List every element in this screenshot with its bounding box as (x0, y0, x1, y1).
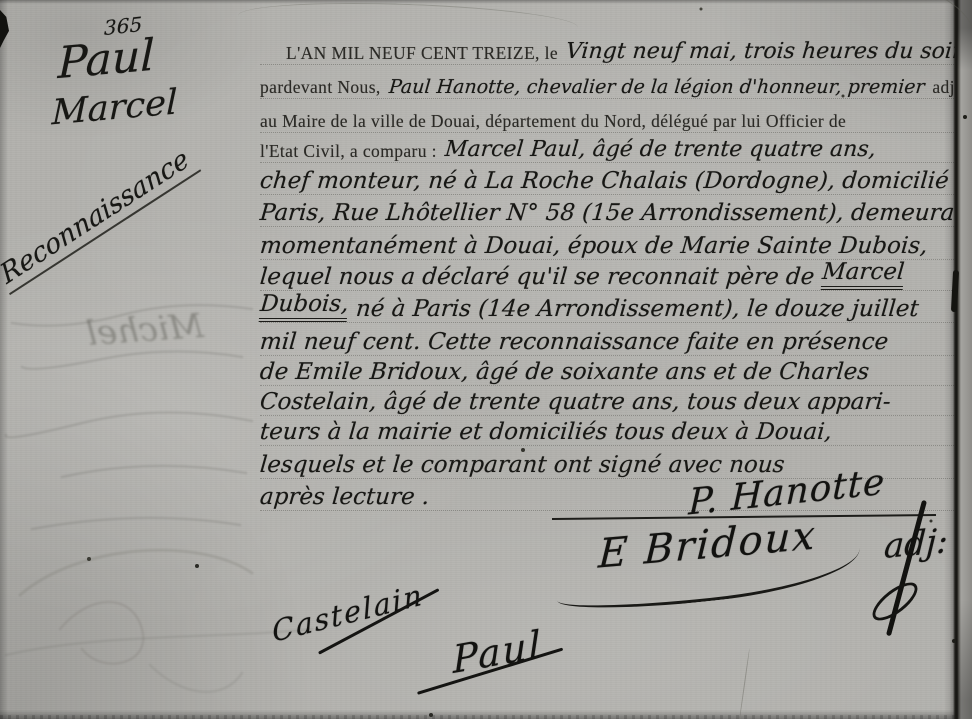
act-line: teurs à la mairie et domiciliés tous deu… (260, 413, 962, 446)
paraph-loop (867, 576, 924, 627)
margin-firstname: Marcel (51, 83, 177, 134)
paper-specks (0, 0, 2, 2)
bleedthrough-word: Michel (85, 306, 205, 354)
handwritten-text-segment: né à Paris (14e Arrondissement), le douz… (355, 296, 920, 322)
act-line: de Emile Bridoux, âgé de soixante ans et… (260, 353, 962, 386)
paper-scratch (739, 648, 750, 719)
act-line: Costelain, âgé de trente quatre ans, tou… (260, 383, 962, 416)
handwritten-text-segment: Paris, Rue Lhôtellier N° 58 (15e Arrondi… (259, 200, 972, 226)
handwritten-text-segment: mil neuf cent. Cette reconnaissance fait… (259, 329, 889, 355)
handwritten-text-segment: Vingt neuf mai, trois heures du soir (565, 39, 964, 64)
handwritten-text-segment: teurs à la mairie et domiciliés tous deu… (259, 419, 833, 445)
handwritten-text-segment: chef monteur, né à La Roche Chalais (Dor… (259, 168, 971, 194)
printed-text-segment: au Maire de la ville de Douai, départeme… (260, 111, 846, 132)
handwritten-underlined-name: Marcel (821, 259, 906, 290)
signature-declarant: Paul (452, 622, 543, 682)
printed-text-segment: pardevant Nous, (260, 77, 381, 98)
margin-act-type: Reconnaissance (0, 140, 201, 295)
act-line: pardevant Nous, Paul Hanotte, chevalier … (260, 66, 962, 99)
act-line: Dubois, né à Paris (14e Arrondissement),… (260, 290, 962, 323)
civil-register-scan: Michel 365 Paul Marcel Reconnaissance L'… (0, 0, 972, 719)
act-line: momentanément à Douai, époux de Marie Sa… (260, 227, 962, 260)
page-top-edge-shadow (0, 0, 972, 4)
printed-text-segment: L'AN MIL NEUF CENT TREIZE, le (286, 43, 558, 64)
act-line: au Maire de la ville de Douai, départeme… (260, 100, 962, 133)
act-line: Paris, Rue Lhôtellier N° 58 (15e Arrondi… (260, 194, 962, 227)
paraph-label: adj: (883, 521, 949, 567)
handwritten-text-segment: momentanément à Douai, époux de Marie Sa… (259, 233, 929, 259)
page-left-edge-shadow (0, 0, 8, 719)
printed-text-segment: l'Etat Civil, a comparu : (260, 141, 437, 162)
handwritten-text-segment: Paul Hanotte, chevalier de la légion d'h… (388, 76, 926, 98)
act-line: mil neuf cent. Cette reconnaissance fait… (260, 323, 962, 356)
handwritten-underlined-name: Dubois, (259, 291, 350, 322)
handwritten-text-segment: de Emile Bridoux, âgé de soixante ans et… (259, 359, 870, 385)
act-line: l'Etat Civil, a comparu : Marcel Paul, â… (260, 130, 962, 163)
handwritten-text-segment: Costelain, âgé de trente quatre ans, tou… (259, 389, 892, 415)
page-bottom-edge-shadow (0, 710, 972, 719)
handwritten-text-segment: lesquels et le comparant ont signé avec … (259, 452, 786, 478)
handwritten-text-segment: après lecture . (259, 484, 431, 510)
act-text-block: L'AN MIL NEUF CENT TREIZE, le Vingt neuf… (260, 24, 962, 524)
book-binding-edge (944, 0, 972, 719)
act-line: lequel nous a déclaré qu'il se reconnait… (260, 258, 962, 291)
handwritten-text-segment: lequel nous a déclaré qu'il se reconnait… (259, 264, 816, 290)
act-line: chef monteur, né à La Roche Chalais (Dor… (260, 162, 962, 195)
handwritten-text-segment: Marcel Paul, âgé de trente quatre ans, (444, 137, 877, 162)
margin-surname: Paul (57, 30, 155, 89)
